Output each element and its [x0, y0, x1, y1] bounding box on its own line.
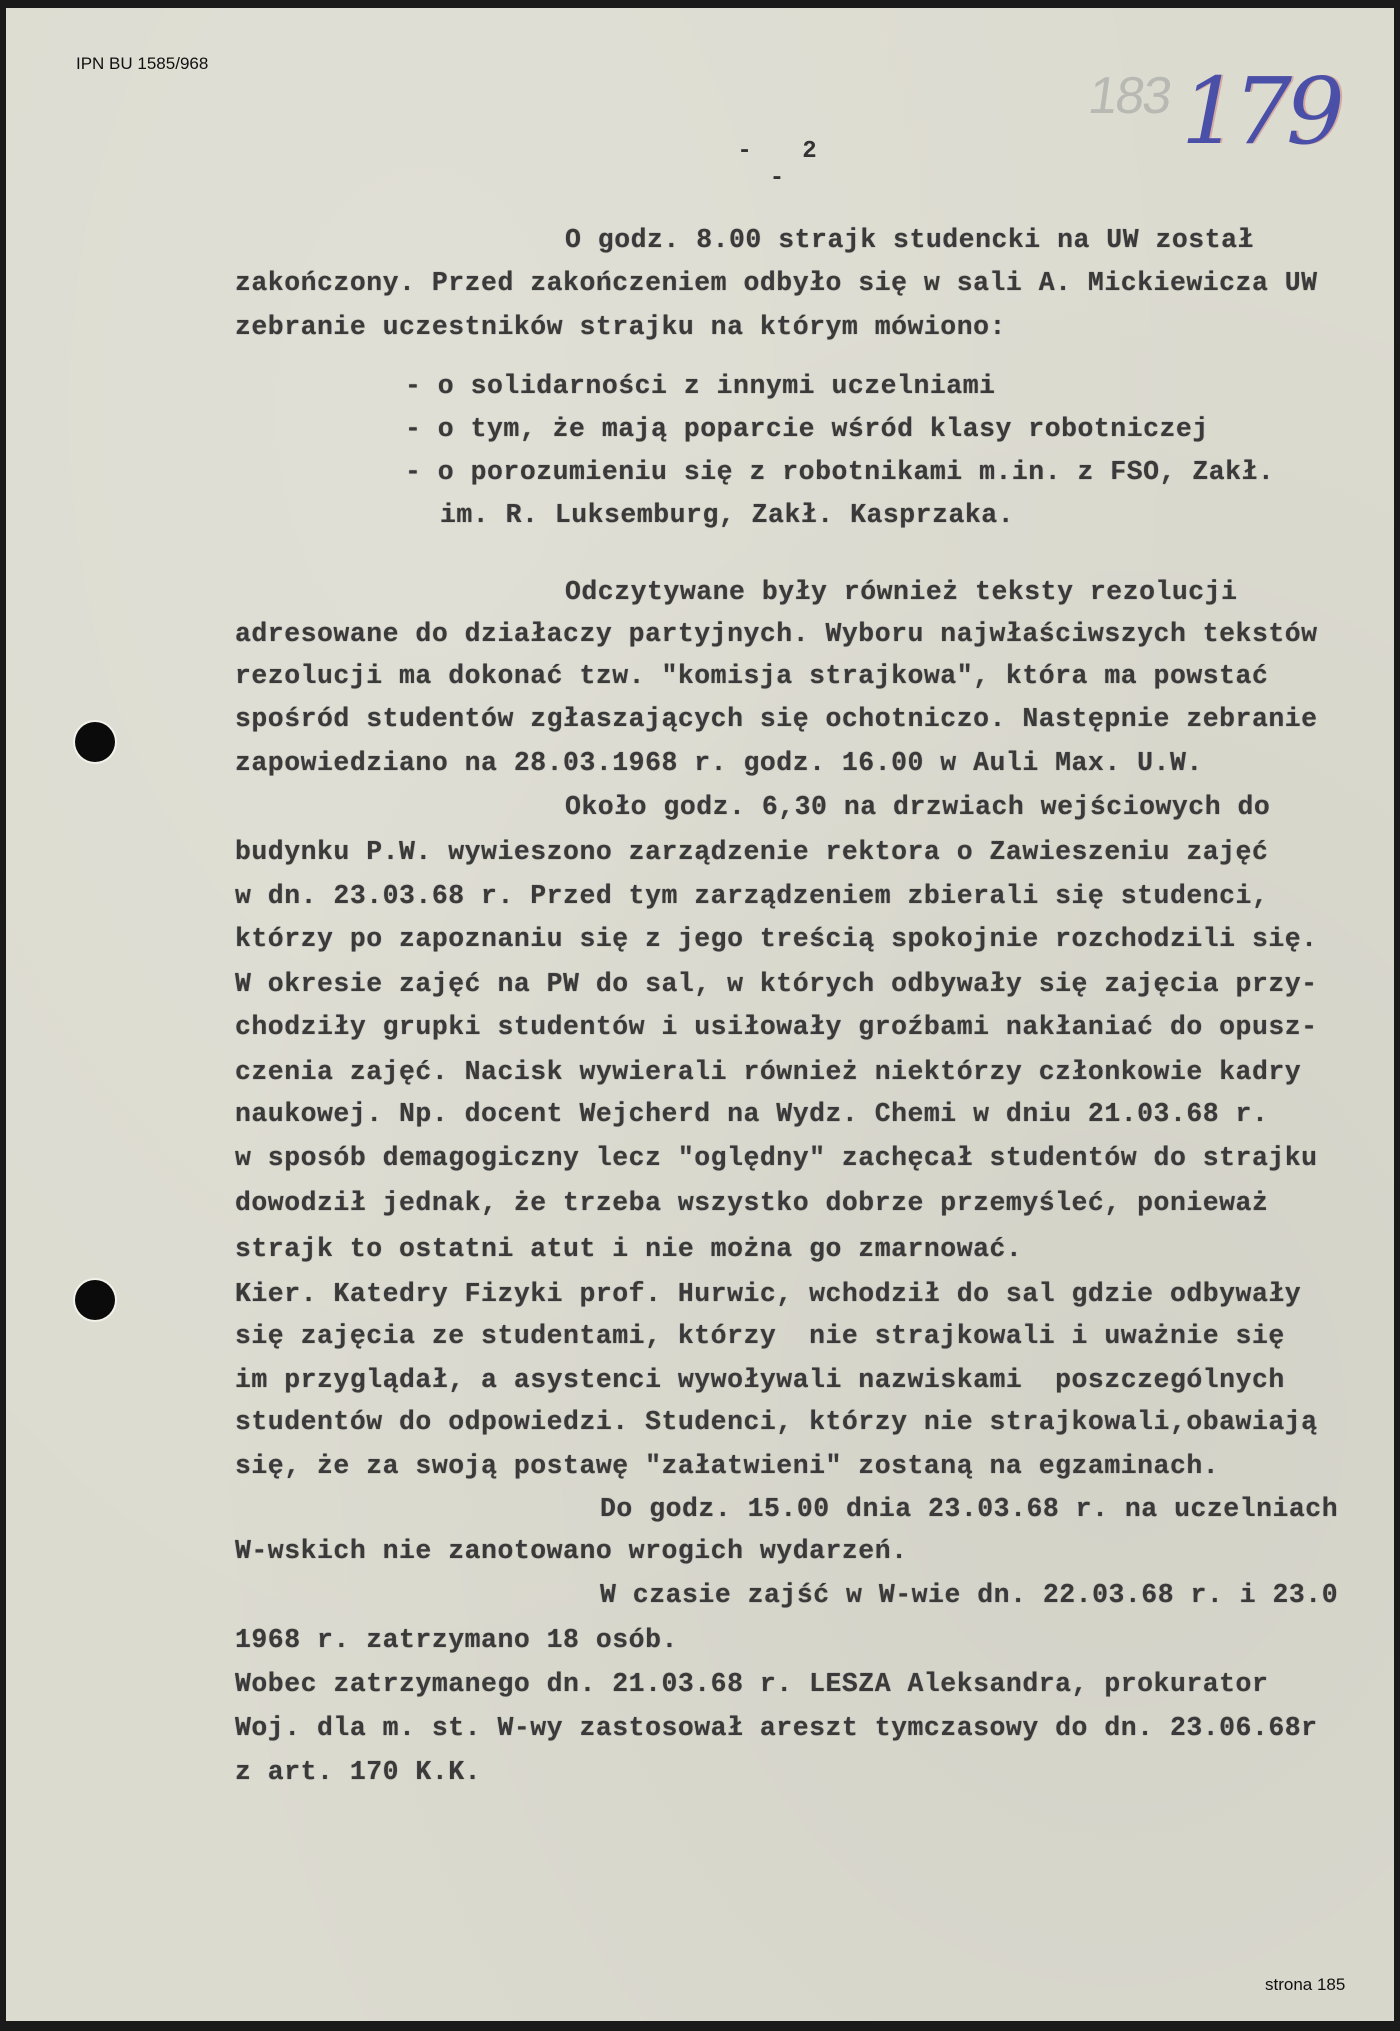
text-line: Do godz. 15.00 dnia 23.03.68 r. na uczel…: [600, 1494, 1338, 1524]
text-line: Odczytywane były również teksty rezolucj…: [565, 577, 1238, 607]
text-line: z art. 170 K.K.: [235, 1757, 481, 1787]
text-line: adresowane do działaczy partyjnych. Wybo…: [235, 619, 1318, 649]
text-line: czenia zajęć. Nacisk wywierali również n…: [235, 1057, 1301, 1087]
text-line: którzy po zapoznaniu się z jego treścią …: [235, 924, 1318, 954]
folio-number-pencil: 183: [1085, 66, 1174, 126]
text-line: im. R. Luksemburg, Zakł. Kasprzaka.: [440, 500, 1014, 530]
text-line: - o tym, że mają poparcie wśród klasy ro…: [405, 414, 1209, 444]
text-line: Wobec zatrzymanego dn. 21.03.68 r. LESZA…: [235, 1669, 1268, 1699]
text-line: 1968 r. zatrzymano 18 osób.: [235, 1625, 678, 1655]
page-footer: strona 185: [1265, 1975, 1345, 1995]
text-line: - o porozumieniu się z robotnikami m.in.…: [405, 457, 1274, 487]
text-line: strajk to ostatni atut i nie można go zm…: [235, 1234, 1022, 1264]
text-line: W-wskich nie zanotowano wrogich wydarzeń…: [235, 1536, 908, 1566]
text-line: O godz. 8.00 strajk studencki na UW zost…: [565, 225, 1254, 255]
text-line: studentów do odpowiedzi. Studenci, którz…: [235, 1407, 1318, 1437]
folio-number-ink: 179: [1181, 58, 1339, 165]
text-line: budynku P.W. wywieszono zarządzenie rekt…: [235, 837, 1268, 867]
text-line: zapowiedziano na 28.03.1968 r. godz. 16.…: [235, 748, 1203, 778]
text-line: Kier. Katedry Fizyki prof. Hurwic, wchod…: [235, 1279, 1301, 1309]
text-line: im przyglądał, a asystenci wywoływali na…: [235, 1365, 1285, 1395]
text-line: się zajęcia ze studentami, którzy nie st…: [235, 1321, 1285, 1351]
text-line: rezolucji ma dokonać tzw. "komisja straj…: [235, 661, 1268, 691]
text-line: - o solidarności z innymi uczelniami: [405, 371, 996, 401]
text-line: dowodził jednak, że trzeba wszystko dobr…: [235, 1188, 1268, 1218]
text-line: naukowej. Np. docent Wejcherd na Wydz. C…: [235, 1099, 1268, 1129]
text-line: zakończony. Przed zakończeniem odbyło si…: [235, 268, 1318, 298]
page-number: - 2 -: [706, 138, 866, 192]
text-line: się, że za swoją postawę "załatwieni" zo…: [235, 1451, 1219, 1481]
punch-hole-bottom: [75, 1280, 115, 1320]
text-line: Około godz. 6,30 na drzwiach wejściowych…: [565, 792, 1270, 822]
document-page: IPN BU 1585/968 183 179 - 2 - O godz. 8.…: [6, 8, 1394, 2021]
text-line: W okresie zajęć na PW do sal, w których …: [235, 969, 1318, 999]
punch-hole-top: [75, 722, 115, 762]
text-line: spośród studentów zgłaszających się ocho…: [235, 704, 1318, 734]
text-line: W czasie zajść w W-wie dn. 22.03.68 r. i…: [600, 1580, 1338, 1610]
text-line: chodziły grupki studentów i usiłowały gr…: [235, 1012, 1318, 1042]
text-line: w sposób demagogiczny lecz "oględny" zac…: [235, 1143, 1318, 1173]
text-line: w dn. 23.03.68 r. Przed tym zarządzeniem…: [235, 881, 1268, 911]
text-line: zebranie uczestników strajku na którym m…: [235, 312, 1006, 342]
archive-signature: IPN BU 1585/968: [76, 54, 208, 74]
text-line: Woj. dla m. st. W-wy zastosował areszt t…: [235, 1713, 1318, 1743]
